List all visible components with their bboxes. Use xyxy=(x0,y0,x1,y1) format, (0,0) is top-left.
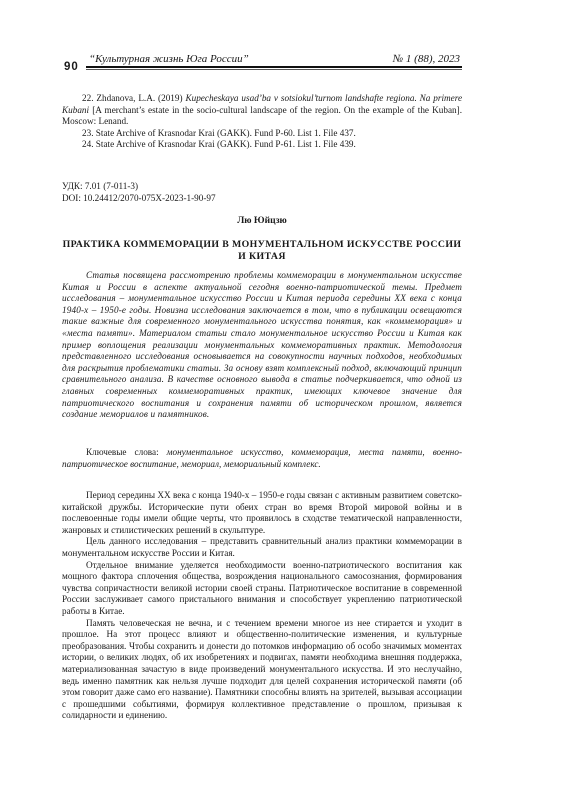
reference-details: [A merchant’s estate in the socio-cultur… xyxy=(62,105,462,127)
reference-number: 22. xyxy=(82,93,93,103)
body-paragraph: Период середины XX века с конца 1940-х –… xyxy=(62,490,462,536)
page-number: 90 xyxy=(64,61,79,73)
header-rule-thin xyxy=(86,69,462,70)
reference-number: 23. xyxy=(82,128,93,138)
keywords-paragraph: Ключевые слова: монументальное искусство… xyxy=(62,447,462,470)
reference-list: 22. Zhdanova, L.A. (2019) Kupecheskaya u… xyxy=(62,93,462,151)
header-rule-thick xyxy=(86,66,462,68)
reference-text: State Archive of Krasnodar Krai (GAKK). … xyxy=(96,128,356,138)
reference-item: 23. State Archive of Krasnodar Krai (GAK… xyxy=(62,128,462,140)
issue-number: № 1 (88), 2023 xyxy=(393,53,460,65)
reference-item: 22. Zhdanova, L.A. (2019) Kupecheskaya u… xyxy=(62,93,462,128)
body-paragraph: Память человеческая не вечна, и с течени… xyxy=(62,618,462,722)
abstract: Статья посвящена рассмотрению проблемы к… xyxy=(62,270,462,421)
udk-code: УДК: 7.01 (7-011-3) xyxy=(62,181,462,193)
doi: DOI: 10.24412/2070-075X-2023-1-90-97 xyxy=(62,193,462,205)
keywords: Ключевые слова: монументальное искусство… xyxy=(62,447,462,470)
body-paragraph: Отдельное внимание уделяется необходимос… xyxy=(62,560,462,618)
article-body: Период середины XX века с конца 1940-х –… xyxy=(62,490,462,722)
reference-text: State Archive of Krasnodar Krai (GAKK). … xyxy=(96,139,356,149)
article-metadata: УДК: 7.01 (7-011-3) DOI: 10.24412/2070-0… xyxy=(62,181,462,204)
keywords-label: Ключевые слова: xyxy=(86,447,159,457)
article-author: Лю Юйцзю xyxy=(62,216,462,226)
reference-item: 24. State Archive of Krasnodar Krai (GAK… xyxy=(62,139,462,151)
body-paragraph: Цель данного исследования – представить … xyxy=(62,536,462,559)
abstract-text: Статья посвящена рассмотрению проблемы к… xyxy=(62,270,462,421)
journal-title: “Культурная жизнь Юга России” xyxy=(89,53,249,65)
reference-author: Zhdanova, L.A. (2019) xyxy=(96,93,182,103)
article-title: ПРАКТИКА КОММЕМОРАЦИИ В МОНУМЕНТАЛЬНОМ И… xyxy=(62,239,462,263)
reference-number: 24. xyxy=(82,139,93,149)
